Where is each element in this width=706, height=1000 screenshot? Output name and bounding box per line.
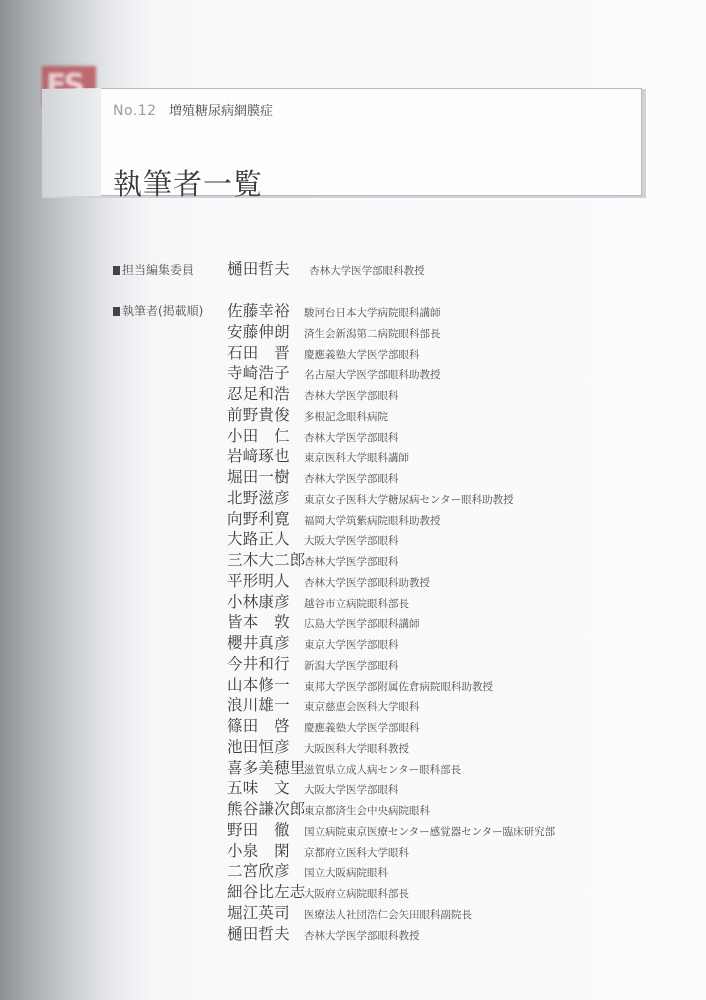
author-name: 櫻井真彦 [227,631,304,653]
author-entry: 今井和行新潟大学医学部眼科 [227,652,399,672]
author-affiliation: 国立大阪病院眼科 [304,865,388,880]
author-entry: 寺崎浩子名古屋大学医学部眼科助教授 [227,361,441,381]
author-affiliation: 新潟大学医学部眼科 [304,658,399,673]
author-entry: 二宮欣彦国立大阪病院眼科 [227,859,388,879]
author-affiliation: 杏林大学医学部眼科 [304,554,399,569]
author-entry: 野田 徹国立病院東京医療センター感覚器センター臨床研究部 [227,818,555,838]
author-entry: 岩﨑琢也東京医科大学眼科講師 [227,444,409,464]
author-affiliation: 大阪府立病院眼科部長 [304,886,409,901]
author-entry: 堀江英司医療法人社団浩仁会矢田眼科副院長 [227,901,472,921]
author-entry: 石田 晋慶應義塾大学医学部眼科 [227,341,420,361]
editor-section-label: 担当編集委員 [113,261,194,278]
author-affiliation: 東京医科大学眼科講師 [304,450,409,465]
author-affiliation: 大阪大学医学部眼科 [304,533,399,548]
author-entry: 熊谷謙次郎東京都済生会中央病院眼科 [227,797,430,817]
author-name: 樋田哲夫 [227,922,304,944]
square-bullet-icon [113,307,120,316]
author-entry: 北野滋彦東京女子医科大学糖尿病センター眼科助教授 [227,486,514,506]
author-affiliation: 京都府立医科大学眼科 [304,845,409,860]
page-title: 執筆者一覧 [113,162,263,203]
author-name: 二宮欣彦 [227,859,304,881]
author-name: 今井和行 [227,652,304,674]
author-entry: 小田 仁杏林大学医学部眼科 [227,424,399,444]
author-name: 堀田一樹 [227,465,304,487]
author-entry: 三木大二郎杏林大学医学部眼科 [227,548,399,568]
author-entry: 安藤伸朗済生会新潟第二病院眼科部長 [227,320,441,340]
author-entry: 池田恒彦大阪医科大学眼科教授 [227,735,409,755]
editor-entry: 樋田哲夫 杏林大学医学部眼科教授 [227,257,425,277]
author-entry: 喜多美穂里滋賀県立成人病センター眼科部長 [227,756,461,776]
author-entry: 堀田一樹杏林大学医学部眼科 [227,465,399,485]
author-name: 北野滋彦 [227,486,304,508]
author-affiliation: 大阪大学医学部眼科 [304,782,399,797]
author-entry: 皆本 敦広島大学医学部眼科講師 [227,610,420,630]
editor-affiliation: 杏林大学医学部眼科教授 [309,263,425,278]
author-name: 大路正人 [227,527,304,549]
author-entry: 山本修一東邦大学医学部附属佐倉病院眼科助教授 [227,673,493,693]
author-name: 小泉 閑 [227,839,304,861]
author-name: 石田 晋 [227,341,304,363]
author-name: 五味 文 [227,776,304,798]
author-name: 浪川雄一 [227,693,304,715]
author-entry: 平形明人杏林大学医学部眼科助教授 [227,569,430,589]
author-name: 前野貴俊 [227,403,304,425]
author-entry: 樋田哲夫杏林大学医学部眼科教授 [227,922,420,942]
authors-section-label: 執筆者(掲載順) [113,302,203,319]
author-affiliation: 杏林大学医学部眼科 [304,471,399,486]
author-entry: 佐藤幸裕駿河台日本大学病院眼科講師 [227,299,441,319]
author-entry: 小林康彦越谷市立病院眼科部長 [227,590,409,610]
author-affiliation: 福岡大学筑紫病院眼科助教授 [304,513,441,528]
author-affiliation: 広島大学医学部眼科講師 [304,616,420,631]
author-name: 山本修一 [227,673,304,695]
author-affiliation: 東京女子医科大学糖尿病センター眼科助教授 [304,492,514,507]
author-affiliation: 滋賀県立成人病センター眼科部長 [304,762,461,777]
author-entry: 櫻井真彦東京大学医学部眼科 [227,631,399,651]
author-entry: 浪川雄一東京慈恵会医科大学眼科 [227,693,420,713]
author-entry: 細谷比左志大阪府立病院眼科部長 [227,880,409,900]
author-name: 熊谷謙次郎 [227,797,304,819]
author-affiliation: 名古屋大学医学部眼科助教授 [304,367,441,382]
author-affiliation: 東京慈恵会医科大学眼科 [304,699,420,714]
author-affiliation: 東京都済生会中央病院眼科 [304,803,430,818]
author-name: 野田 徹 [227,818,304,840]
square-bullet-icon [113,266,120,275]
author-affiliation: 済生会新潟第二病院眼科部長 [304,326,441,341]
author-name: 篠田 啓 [227,714,304,736]
author-name: 平形明人 [227,569,304,591]
author-name: 小林康彦 [227,590,304,612]
author-affiliation: 杏林大学医学部眼科 [304,388,399,403]
author-name: 池田恒彦 [227,735,304,757]
issue-title: 増殖糖尿病網膜症 [169,104,273,119]
author-affiliation: 杏林大学医学部眼科教授 [304,928,420,943]
author-name: 佐藤幸裕 [227,299,304,321]
author-affiliation: 杏林大学医学部眼科助教授 [304,575,430,590]
author-entry: 小泉 閑京都府立医科大学眼科 [227,839,409,859]
author-affiliation: 多根記念眼科病院 [304,409,388,424]
author-name: 岩﨑琢也 [227,444,304,466]
author-name: 皆本 敦 [227,610,304,632]
author-affiliation: 駿河台日本大学病院眼科講師 [304,305,441,320]
author-affiliation: 国立病院東京医療センター感覚器センター臨床研究部 [304,824,555,839]
author-entry: 五味 文大阪大学医学部眼科 [227,776,399,796]
header-box: No.12 増殖糖尿病網膜症 執筆者一覧 [100,88,642,196]
author-name: 向野利寛 [227,507,304,529]
author-affiliation: 医療法人社団浩仁会矢田眼科副院長 [304,907,472,922]
issue-line: No.12 増殖糖尿病網膜症 [113,100,273,119]
author-affiliation: 越谷市立病院眼科部長 [304,596,409,611]
author-name: 忍足和浩 [227,382,304,404]
author-affiliation: 大阪医科大学眼科教授 [304,741,409,756]
author-name: 小田 仁 [227,424,304,446]
author-entry: 篠田 啓慶應義塾大学医学部眼科 [227,714,420,734]
author-affiliation: 慶應義塾大学医学部眼科 [304,720,420,735]
author-name: 安藤伸朗 [227,320,304,342]
author-name: 寺崎浩子 [227,361,304,383]
author-name: 堀江英司 [227,901,304,923]
author-affiliation: 杏林大学医学部眼科 [304,430,399,445]
author-entry: 向野利寛福岡大学筑紫病院眼科助教授 [227,507,441,527]
editor-name: 樋田哲夫 [227,257,304,279]
author-affiliation: 慶應義塾大学医学部眼科 [304,347,420,362]
author-entry: 大路正人大阪大学医学部眼科 [227,527,399,547]
author-entry: 忍足和浩杏林大学医学部眼科 [227,382,399,402]
author-affiliation: 東邦大学医学部附属佐倉病院眼科助教授 [304,679,493,694]
author-name: 三木大二郎 [227,548,304,570]
issue-number: No.12 [113,103,157,119]
author-affiliation: 東京大学医学部眼科 [304,637,399,652]
author-entry: 前野貴俊多根記念眼科病院 [227,403,388,423]
author-name: 喜多美穂里 [227,756,304,778]
author-name: 細谷比左志 [227,880,304,902]
